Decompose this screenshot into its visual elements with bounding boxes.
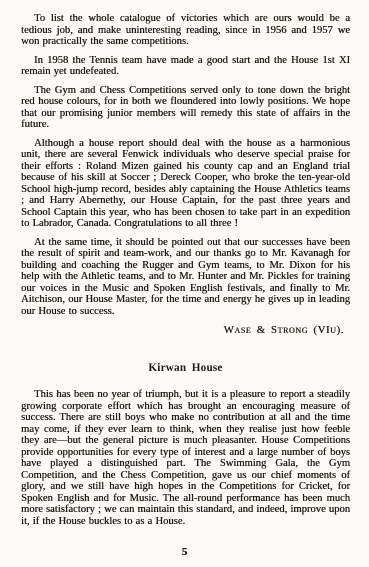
paragraph: The Gym and Chess Competitions served on…	[21, 85, 350, 131]
paragraph: To list the whole catalogue of victories…	[21, 13, 350, 48]
paragraph: This has been no year of triumph, but it…	[21, 389, 350, 527]
scanned-book-page: To list the whole catalogue of victories…	[0, 0, 369, 567]
paragraph: Although a house report should deal with…	[21, 138, 350, 230]
page-number: 5	[0, 546, 369, 558]
section-heading: Kirwan House	[21, 362, 350, 374]
paragraph: At the same time, it should be pointed o…	[21, 237, 350, 318]
paragraph: In 1958 the Tennis team have made a good…	[21, 55, 350, 78]
report-signature: Wase & Strong (VIu).	[21, 324, 344, 336]
